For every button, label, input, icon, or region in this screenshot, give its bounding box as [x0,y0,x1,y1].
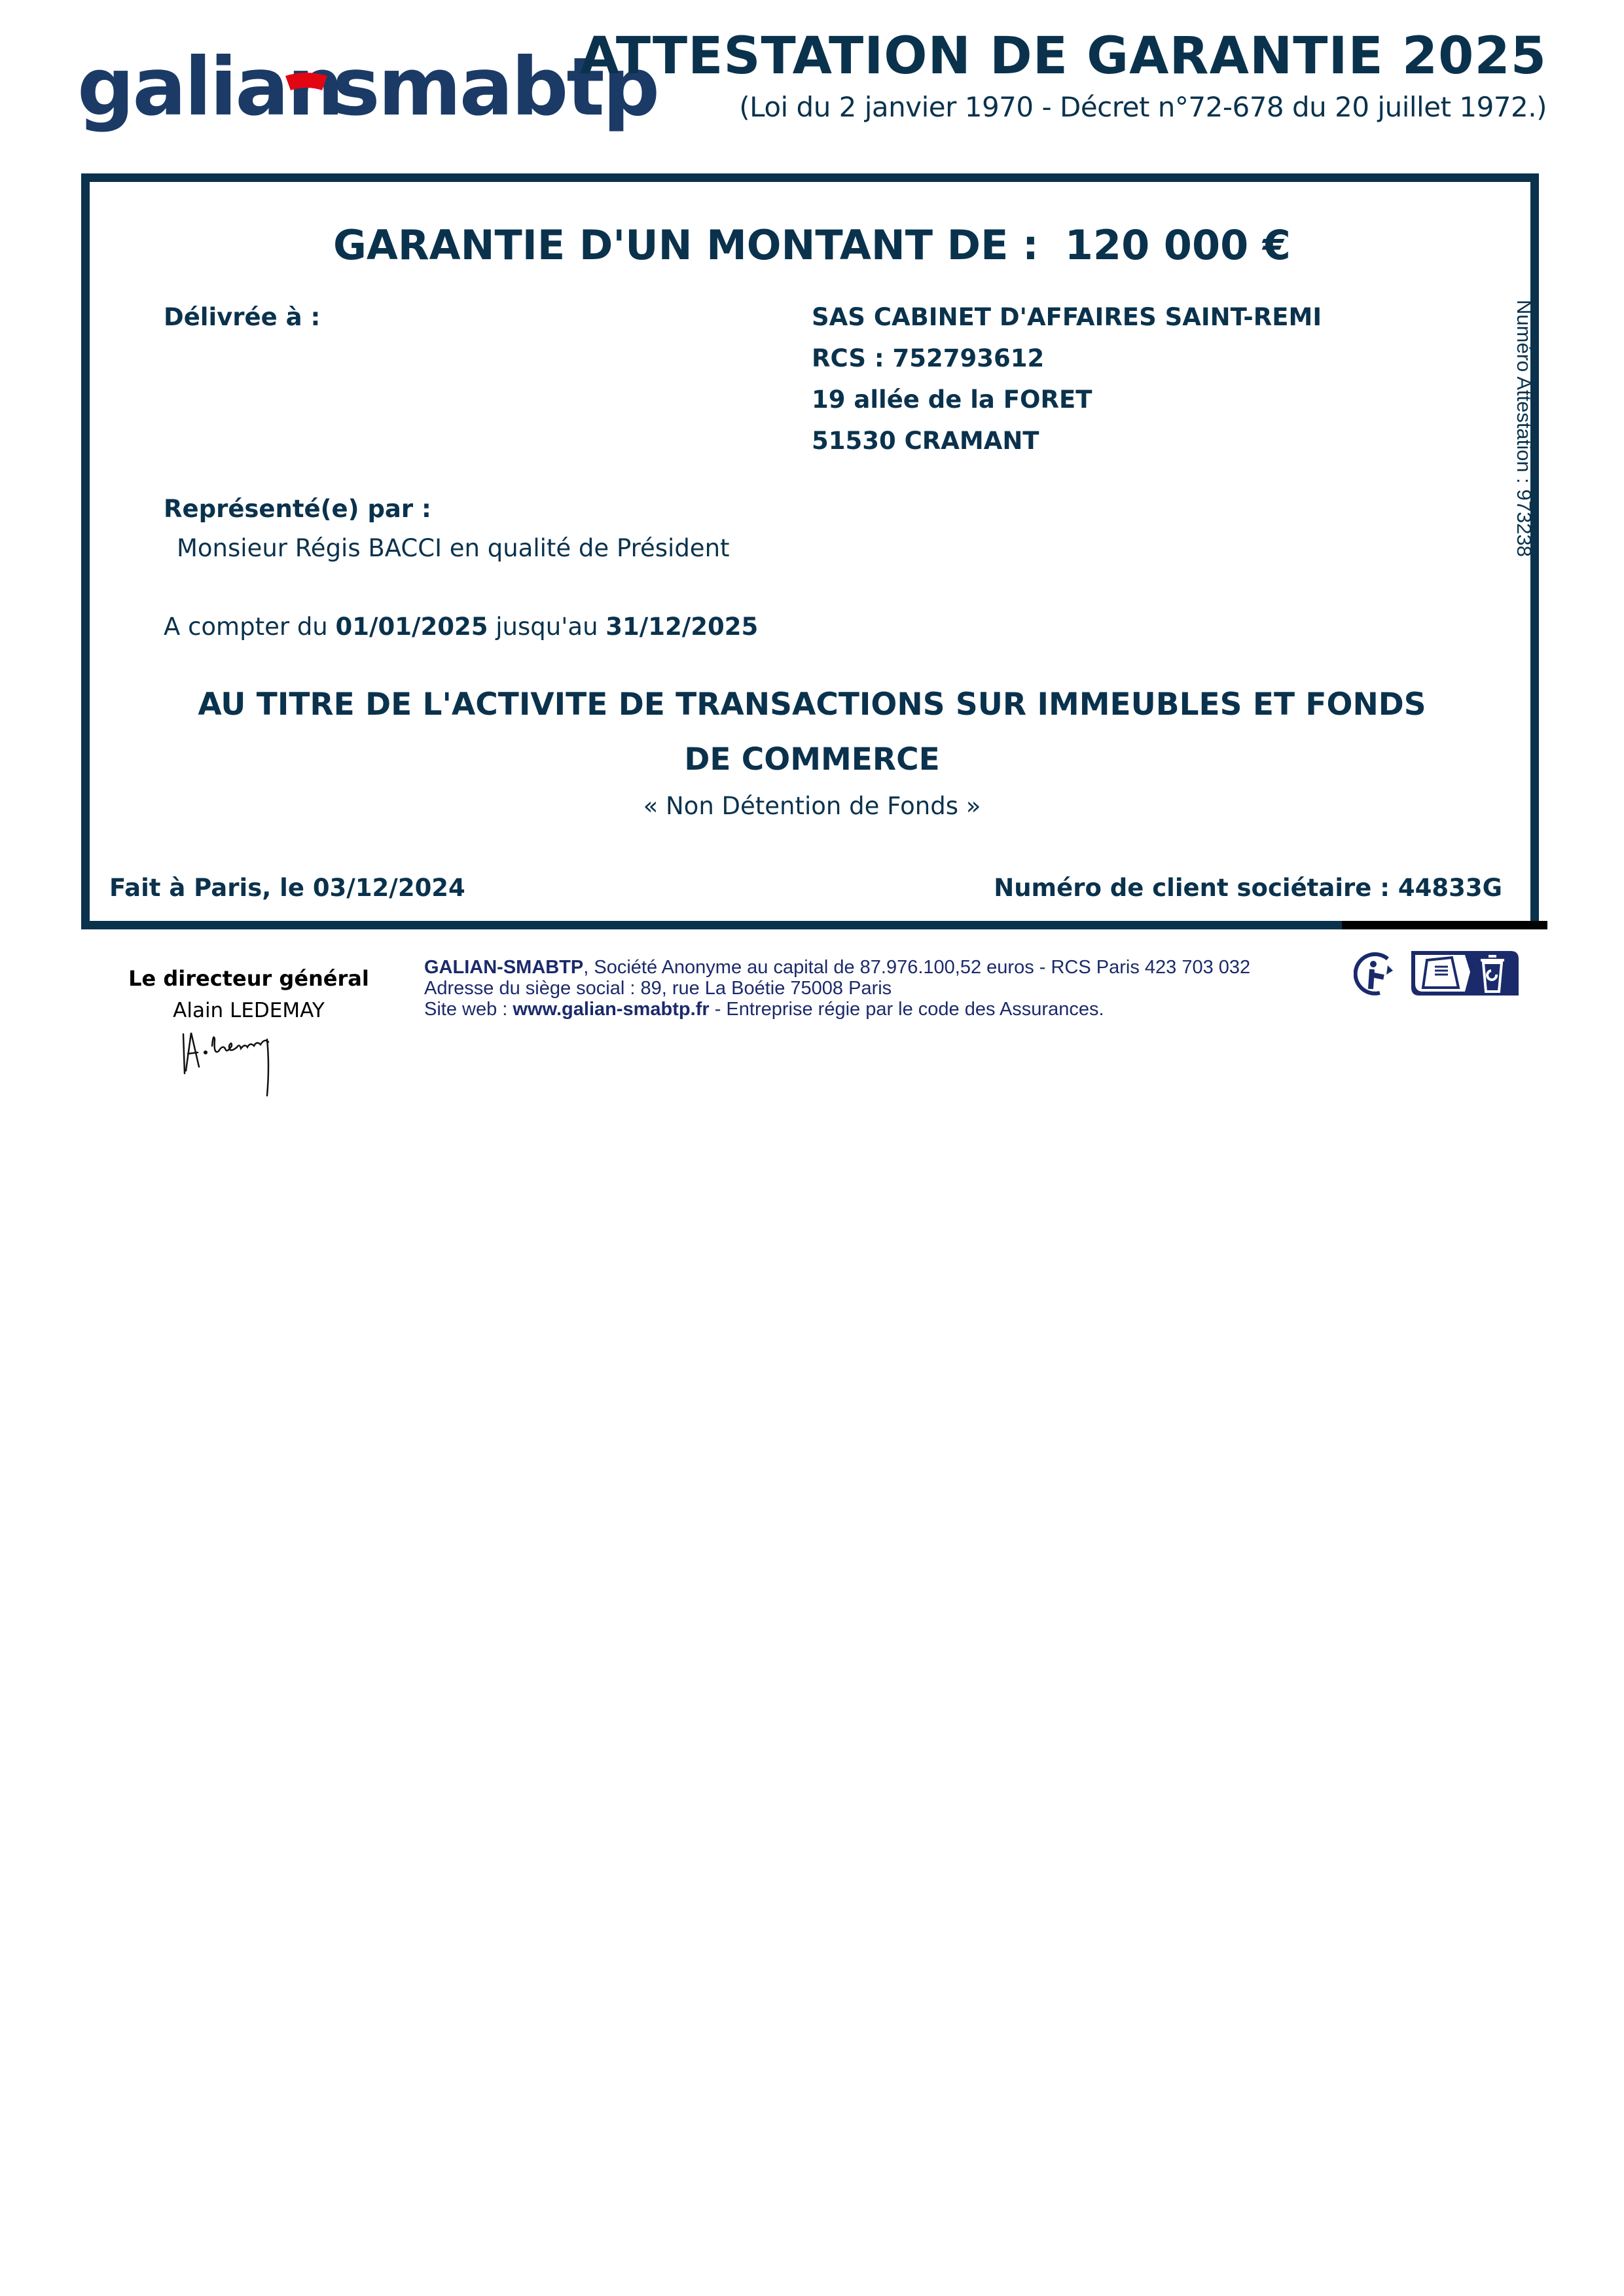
legal-website-label: Site web : [424,999,513,1020]
represented-by-value: Monsieur Régis BACCI en qualité de Prési… [177,534,730,562]
amount-label: GARANTIE D'UN MONTANT DE : [333,221,1039,269]
represented-by-label: Représenté(e) par : [164,495,431,523]
period-middle: jusqu'au [496,613,598,641]
client-number: Numéro de client sociétaire : 44833G [994,874,1502,902]
period-start: 01/01/2025 [336,613,488,641]
recycling-logos [1354,946,1524,998]
frame-shadow-segment [1342,921,1547,929]
document-header: ATTESTATION DE GARANTIE 2025 (Loi du 2 j… [580,25,1547,127]
attestation-number: Numéro Attestation : 973238 [1512,300,1536,557]
activity-title: AU TITRE DE L'ACTIVITE DE TRANSACTIONS S… [190,677,1434,787]
paper-document-icon [1411,951,1519,996]
director-block: Le directeur général Alain LEDEMAY [118,961,380,1025]
recipient-name: SAS CABINET D'AFFAIRES SAINT-REMI [812,303,1322,344]
period-prefix: A compter du [164,613,328,641]
funds-mode: « Non Détention de Fonds » [0,792,1624,820]
document-subtitle: (Loi du 2 janvier 1970 - Décret n°72-678… [580,88,1547,127]
attestation-number-vertical: Numéro Attestation : 973238 [1506,300,1538,607]
signature-icon [177,1026,308,1098]
legal-address: Adresse du siège social : 89, rue La Boé… [424,978,1250,999]
legal-line1: , Société Anonyme au capital de 87.976.1… [583,957,1250,978]
period-end: 31/12/2025 [605,613,758,641]
recipient-block: SAS CABINET D'AFFAIRES SAINT-REMI RCS : … [812,303,1322,468]
validity-period: A compter du 01/01/2025 jusqu'au 31/12/2… [164,613,758,641]
issue-place-date: Fait à Paris, le 03/12/2024 [109,874,465,902]
amount-value: 120 000 € [1065,221,1291,269]
guarantee-amount-heading: GARANTIE D'UN MONTANT DE :120 000 € [0,221,1624,269]
activity-block: AU TITRE DE L'ACTIVITE DE TRANSACTIONS S… [0,677,1624,787]
legal-regulation: - Entreprise régie par le code des Assur… [710,999,1104,1020]
legal-company: GALIAN-SMABTP [424,957,583,978]
triman-icon [1356,954,1393,994]
director-name: Alain LEDEMAY [118,996,380,1025]
website-link[interactable]: www.galian-smabtp.fr [513,999,709,1020]
director-title: Le directeur général [118,961,380,996]
legal-notice: GALIAN-SMABTP, Société Anonyme au capita… [424,957,1250,1020]
document-title: ATTESTATION DE GARANTIE 2025 [580,25,1547,88]
logo-dash-icon [285,72,327,92]
delivered-to-label: Délivrée à : [164,303,320,331]
recipient-rcs: RCS : 752793612 [812,344,1322,386]
recipient-address: 19 allée de la FORET [812,386,1322,427]
company-logo: galian smabtp [77,45,594,130]
recipient-city: 51530 CRAMANT [812,427,1322,468]
